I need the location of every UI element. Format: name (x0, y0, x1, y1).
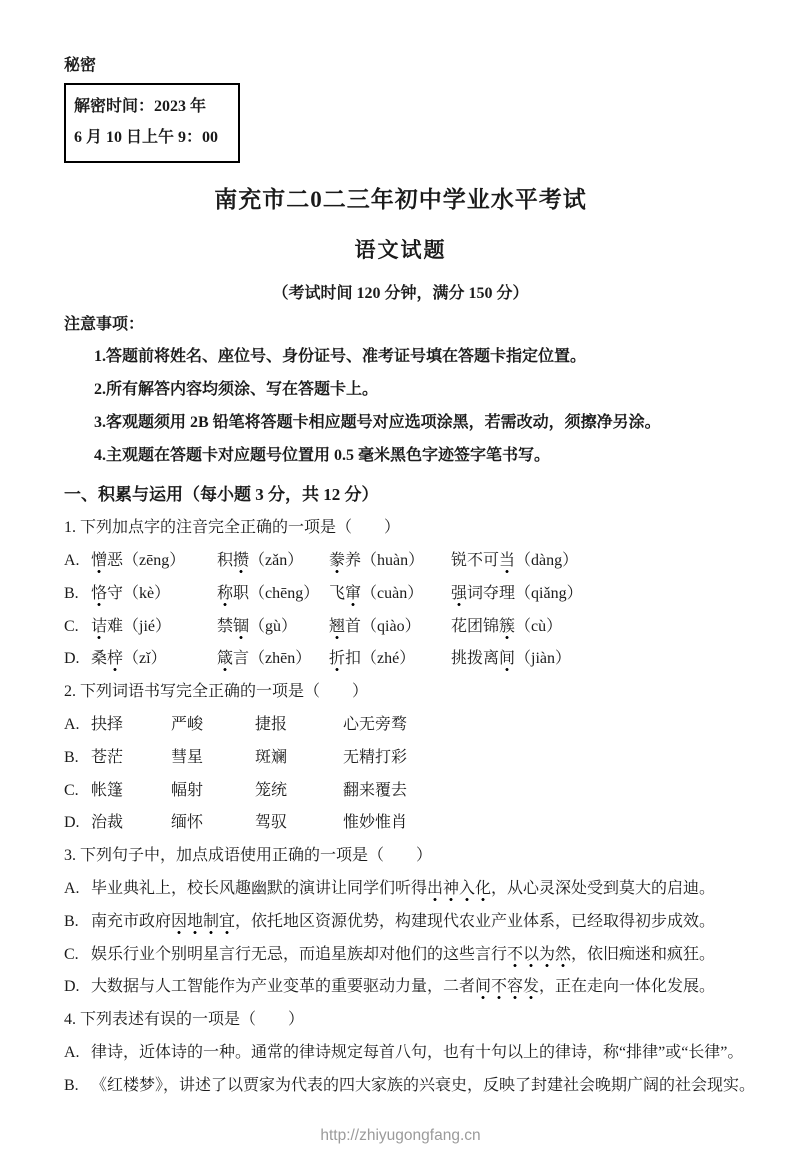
option-cell: 笼统 (255, 775, 343, 808)
question-4-stem: 4. 下列表述有误的一项是（ ） (64, 1004, 737, 1037)
dotted-characters: 攒 (233, 552, 249, 574)
option-cell: 娱乐行业个别明星言行无忌，而追星族却对他们的这些言行不以为然，依旧痴迷和疯狂。 (91, 939, 715, 972)
option-cell: 治裁 (91, 807, 171, 840)
option-label: D. (64, 807, 91, 840)
dotted-characters: 憎 (91, 552, 107, 574)
question-2-stem: 2. 下列词语书写完全正确的一项是（ ） (64, 676, 737, 709)
option-label: B. (64, 578, 91, 611)
decrypt-time-box: 解密时间：2023 年 6 月 10 日上午 9：00 (64, 83, 240, 163)
option-label: D. (64, 971, 91, 1004)
option-cell: 翻来覆去 (343, 775, 407, 808)
option-cell: 《红楼梦》，讲述了以贾家为代表的四大家族的兴衰史，反映了封建社会晚期广阔的社会现… (91, 1070, 755, 1103)
question-1-options: A.憎恶（zēng）积攒（zǎn）豢养（huàn）锐不可当（dàng）B.恪守（… (64, 545, 737, 676)
option-label: B. (64, 742, 91, 775)
dotted-characters: 豢 (329, 552, 345, 574)
decrypt-time-line-2: 6 月 10 日上午 9：00 (74, 122, 224, 153)
dotted-characters: 间不容发 (475, 978, 539, 1000)
question-1: 1. 下列加点字的注音完全正确的一项是（ ） A.憎恶（zēng）积攒（zǎn）… (64, 512, 737, 676)
option-label: C. (64, 775, 91, 808)
dotted-characters: 梓 (107, 650, 123, 672)
dotted-characters: 诘 (91, 618, 107, 640)
option-row: A.抉择严峻捷报心无旁骛 (64, 709, 737, 742)
classification-label: 秘密 (64, 52, 737, 75)
question-1-stem: 1. 下列加点字的注音完全正确的一项是（ ） (64, 512, 737, 545)
option-cell: 帐篷 (91, 775, 171, 808)
dotted-characters: 间 (499, 650, 515, 672)
option-cell: 诘难（jié） (91, 611, 217, 644)
question-3-stem: 3. 下列句子中，加点成语使用正确的一项是（ ） (64, 840, 737, 873)
option-cell: 挑拨离间（jiàn） (451, 643, 571, 676)
option-cell: 桑梓（zǐ） (91, 643, 217, 676)
option-label: B. (64, 1070, 91, 1103)
option-cell: 飞窜（cuàn） (329, 578, 451, 611)
question-4-options: A.律诗，近体诗的一种。通常的律诗规定每首八句，也有十句以上的律诗，称“排律”或… (64, 1037, 737, 1103)
option-cell: 强词夺理（qiǎng） (451, 578, 583, 611)
question-3-options: A.毕业典礼上，校长风趣幽默的演讲让同学们听得出神入化，从心灵深处受到莫大的启迪… (64, 873, 737, 1004)
option-cell: 苍茫 (91, 742, 171, 775)
dotted-characters: 称 (217, 585, 233, 607)
option-cell: 积攒（zǎn） (217, 545, 329, 578)
option-row: C.诘难（jié）禁锢（gù）翘首（qiào）花团锦簇（cù） (64, 611, 737, 644)
option-cell: 南充市政府因地制宜，依托地区资源优势，构建现代农业产业体系，已经取得初步成效。 (91, 906, 715, 939)
exam-time-score-info: （考试时间 120 分钟，满分 150 分） (64, 280, 737, 303)
option-label: A. (64, 873, 91, 906)
notice-heading: 注意事项： (64, 309, 737, 341)
dotted-characters: 因地制宜 (171, 913, 235, 935)
option-row: B.苍茫彗星斑斓无精打彩 (64, 742, 737, 775)
option-row: D.大数据与人工智能作为产业变革的重要驱动力量，二者间不容发，正在走向一体化发展… (64, 971, 737, 1004)
option-cell: 彗星 (171, 742, 255, 775)
question-4: 4. 下列表述有误的一项是（ ） A.律诗，近体诗的一种。通常的律诗规定每首八句… (64, 1004, 737, 1102)
option-cell: 花团锦簇（cù） (451, 611, 562, 644)
dotted-characters: 恪 (91, 585, 107, 607)
option-cell: 无精打彩 (343, 742, 407, 775)
option-cell: 大数据与人工智能作为产业变革的重要驱动力量，二者间不容发，正在走向一体化发展。 (91, 971, 715, 1004)
option-label: A. (64, 709, 91, 742)
dotted-characters: 翘 (329, 618, 345, 640)
option-cell: 抉择 (91, 709, 171, 742)
dotted-characters: 当 (499, 552, 515, 574)
option-row: D.桑梓（zǐ）箴言（zhēn）折扣（zhé）挑拨离间（jiàn） (64, 643, 737, 676)
option-cell: 捷报 (255, 709, 343, 742)
option-label: D. (64, 643, 91, 676)
option-row: C.娱乐行业个别明星言行无忌，而追星族却对他们的这些言行不以为然，依旧痴迷和疯狂… (64, 939, 737, 972)
option-cell: 称职（chēng） (217, 578, 329, 611)
option-cell: 严峻 (171, 709, 255, 742)
option-cell: 斑斓 (255, 742, 343, 775)
exam-title: 南充市二0二三年初中学业水平考试 (64, 181, 737, 214)
option-label: C. (64, 939, 91, 972)
dotted-characters: 不以为然 (507, 946, 571, 968)
footer-url: http://zhiyugongfang.cn (64, 1127, 737, 1165)
option-label: C. (64, 611, 91, 644)
dotted-characters: 窜 (345, 585, 361, 607)
option-cell: 恪守（kè） (91, 578, 217, 611)
option-cell: 箴言（zhēn） (217, 643, 329, 676)
section-1-heading: 一、积累与运用（每小题 3 分，共 12 分） (64, 477, 737, 513)
option-cell: 幅射 (171, 775, 255, 808)
notice-item-2: 2.所有解答内容均须涂、写在答题卡上。 (64, 374, 737, 407)
dotted-characters: 强 (451, 585, 467, 607)
option-cell: 毕业典礼上，校长风趣幽默的演讲让同学们听得出神入化，从心灵深处受到莫大的启迪。 (91, 873, 715, 906)
option-cell: 缅怀 (171, 807, 255, 840)
notice-item-1: 1.答题前将姓名、座位号、身份证号、准考证号填在答题卡指定位置。 (64, 341, 737, 374)
option-row: A.憎恶（zēng）积攒（zǎn）豢养（huàn）锐不可当（dàng） (64, 545, 737, 578)
option-label: A. (64, 545, 91, 578)
option-cell: 憎恶（zēng） (91, 545, 217, 578)
exam-paper: 秘密 解密时间：2023 年 6 月 10 日上午 9：00 南充市二0二三年初… (0, 0, 793, 1165)
option-cell: 禁锢（gù） (217, 611, 329, 644)
option-row: A.律诗，近体诗的一种。通常的律诗规定每首八句，也有十句以上的律诗，称“排律”或… (64, 1037, 737, 1070)
option-cell: 驾驭 (255, 807, 343, 840)
option-row: C.帐篷幅射笼统翻来覆去 (64, 775, 737, 808)
option-cell: 折扣（zhé） (329, 643, 451, 676)
option-row: A.毕业典礼上，校长风趣幽默的演讲让同学们听得出神入化，从心灵深处受到莫大的启迪… (64, 873, 737, 906)
dotted-characters: 出神入化 (427, 880, 491, 902)
dotted-characters: 折 (329, 650, 345, 672)
notice-item-4: 4.主观题在答题卡对应题号位置用 0.5 毫米黑色字迹签字笔书写。 (64, 440, 737, 473)
dotted-characters: 锢 (233, 618, 249, 640)
exam-subject-title: 语文试题 (64, 234, 737, 264)
question-2-options: A.抉择严峻捷报心无旁骛B.苍茫彗星斑斓无精打彩C.帐篷幅射笼统翻来覆去D.治裁… (64, 709, 737, 840)
question-2: 2. 下列词语书写完全正确的一项是（ ） A.抉择严峻捷报心无旁骛B.苍茫彗星斑… (64, 676, 737, 840)
option-label: A. (64, 1037, 91, 1070)
option-cell: 惟妙惟肖 (343, 807, 407, 840)
option-cell: 豢养（huàn） (329, 545, 451, 578)
decrypt-time-line-1: 解密时间：2023 年 (74, 91, 224, 122)
question-3: 3. 下列句子中，加点成语使用正确的一项是（ ） A.毕业典礼上，校长风趣幽默的… (64, 840, 737, 1004)
option-cell: 律诗，近体诗的一种。通常的律诗规定每首八句，也有十句以上的律诗，称“排律”或“长… (91, 1037, 743, 1070)
option-cell: 锐不可当（dàng） (451, 545, 578, 578)
option-label: B. (64, 906, 91, 939)
option-cell: 翘首（qiào） (329, 611, 451, 644)
dotted-characters: 箴 (217, 650, 233, 672)
option-cell: 心无旁骛 (343, 709, 407, 742)
option-row: D.治裁缅怀驾驭惟妙惟肖 (64, 807, 737, 840)
option-row: B.《红楼梦》，讲述了以贾家为代表的四大家族的兴衰史，反映了封建社会晚期广阔的社… (64, 1070, 737, 1103)
option-row: B.南充市政府因地制宜，依托地区资源优势，构建现代农业产业体系，已经取得初步成效… (64, 906, 737, 939)
dotted-characters: 簇 (499, 618, 515, 640)
option-row: B.恪守（kè）称职（chēng）飞窜（cuàn）强词夺理（qiǎng） (64, 578, 737, 611)
notice-item-3: 3.客观题须用 2B 铅笔将答题卡相应题号对应选项涂黑，若需改动，须擦净另涂。 (64, 407, 737, 440)
